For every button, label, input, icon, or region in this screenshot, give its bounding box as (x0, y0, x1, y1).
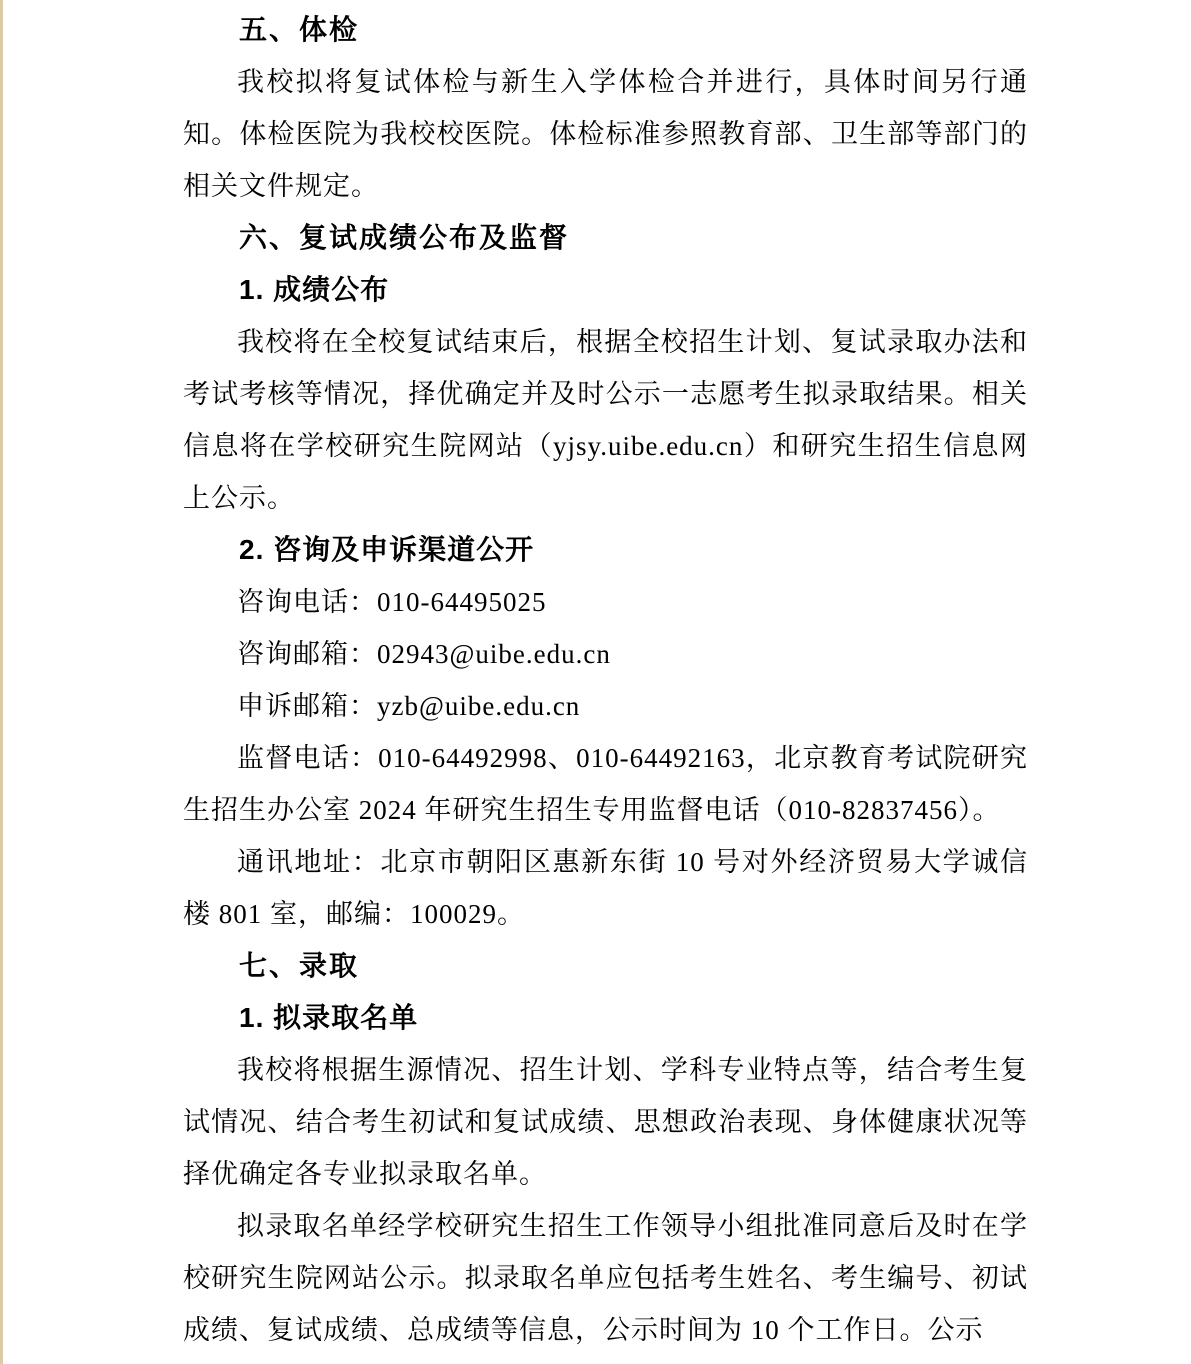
contact-line-consult-email: 咨询邮箱：02943@uibe.edu.cn (183, 628, 1028, 680)
paragraph-supervision-phones: 监督电话：010-64492998、010-64492163，北京教育考试院研究… (183, 732, 1028, 836)
section-heading-physical-exam: 五、体检 (183, 4, 1028, 56)
paragraph-mailing-address: 通讯地址：北京市朝阳区惠新东街 10 号对外经济贸易大学诚信楼 801 室，邮编… (183, 836, 1028, 940)
paragraph-physical-exam: 我校拟将复试体检与新生入学体检合并进行，具体时间另行通知。体检医院为我校校医院。… (183, 56, 1028, 212)
document-page: 五、体检 我校拟将复试体检与新生入学体检合并进行，具体时间另行通知。体检医院为我… (183, 4, 1028, 1356)
contact-line-consult-phone: 咨询电话：010-64495025 (183, 576, 1028, 628)
paragraph-admission-criteria: 我校将根据生源情况、招生计划、学科专业特点等，结合考生复试情况、结合考生初试和复… (183, 1044, 1028, 1200)
section-heading-results-supervision: 六、复试成绩公布及监督 (183, 212, 1028, 264)
subheading-consult-appeal-channels: 2. 咨询及申诉渠道公开 (183, 524, 1028, 576)
section-heading-admission: 七、录取 (183, 940, 1028, 992)
paragraph-admission-list-publicity: 拟录取名单经学校研究生招生工作领导小组批准同意后及时在学校研究生院网站公示。拟录… (183, 1200, 1028, 1356)
subheading-results-announcement: 1. 成绩公布 (183, 264, 1028, 316)
page-edge-strip (0, 0, 3, 1364)
subheading-proposed-admission-list: 1. 拟录取名单 (183, 992, 1028, 1044)
paragraph-results-announcement: 我校将在全校复试结束后，根据全校招生计划、复试录取办法和考试考核等情况，择优确定… (183, 316, 1028, 524)
contact-line-appeal-email: 申诉邮箱：yzb@uibe.edu.cn (183, 680, 1028, 732)
